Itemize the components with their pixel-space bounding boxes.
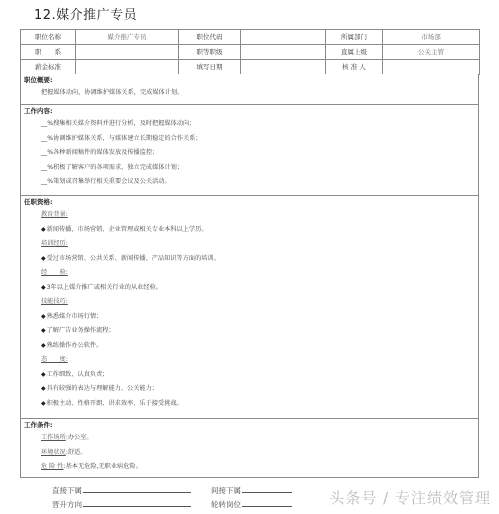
position-code-value bbox=[241, 30, 326, 45]
position-code-label: 职位代码 bbox=[179, 30, 241, 45]
qualifications-title: 任职资格: bbox=[21, 196, 478, 208]
header-row: 职 系 职等职级 直属上级 公关主管 bbox=[21, 45, 480, 60]
header-row: 职位名称 媒介推广专员 职位代码 所属部门 市场部 bbox=[21, 30, 480, 45]
qualification-item: ◆熟悉媒介市场行情； bbox=[21, 310, 478, 325]
direct-subordinate-label: 直接下属 bbox=[52, 486, 82, 495]
approver-value bbox=[383, 60, 480, 75]
qualification-item: ◆受过市场营销、公共关系、新闻传播、产品知识等方面的培训。 bbox=[21, 252, 478, 267]
indirect-subordinate-label: 间接下属 bbox=[211, 486, 241, 495]
job-family-value bbox=[76, 45, 179, 60]
condition-item: 危 险 性:基本无危险,无职业病危险。 bbox=[21, 460, 478, 475]
qualification-item: ◆熟练操作办公软件。 bbox=[21, 339, 478, 354]
qualification-item: ◆积极主动、性格开朗、讲求效率、乐于接受挑战。 bbox=[21, 397, 478, 412]
environment-value: :舒适。 bbox=[66, 449, 87, 456]
salary-standard-value bbox=[76, 60, 179, 75]
diamond-bullet-icon: ◆ bbox=[41, 400, 46, 407]
qualification-item: ◆3年以上媒介推广或相关行业的从业经验。 bbox=[21, 281, 478, 296]
direct-subordinate-line[interactable] bbox=[83, 484, 191, 493]
document-title: 12.媒介推广专员 bbox=[34, 4, 137, 23]
indirect-subordinate-field: 间接下属 bbox=[211, 484, 292, 496]
hazard-value: :基本无危险,无职业病危险。 bbox=[64, 463, 142, 470]
duty-item: __%策划或召集举行相关重要会议及公关活动。 bbox=[21, 175, 478, 190]
promotion-line[interactable] bbox=[83, 498, 191, 507]
watermark: 头条号 / 专注绩效管理 bbox=[329, 487, 491, 508]
position-name-label: 职位名称 bbox=[21, 30, 76, 45]
environment-label: 环境状况 bbox=[41, 449, 66, 456]
diamond-bullet-icon: ◆ bbox=[41, 226, 46, 233]
workplace-label: 工作场所 bbox=[41, 434, 66, 441]
supervisor-label: 直属上级 bbox=[326, 45, 383, 60]
qualification-item: ◆工作细致、认真负责； bbox=[21, 368, 478, 383]
fill-date-value bbox=[241, 60, 326, 75]
approver-label: 核 准 人 bbox=[326, 60, 383, 75]
diamond-bullet-icon: ◆ bbox=[41, 385, 46, 392]
salary-standard-label: 薪金标准 bbox=[21, 60, 76, 75]
diamond-bullet-icon: ◆ bbox=[41, 255, 46, 262]
duties-title: 工作内容: bbox=[21, 105, 478, 117]
qualifications-section: 任职资格: 教育背景: ◆新闻传播、市场营销、企业管理或相关专业本科以上学历。 … bbox=[20, 196, 479, 419]
rotation-field: 轮转岗位 bbox=[211, 498, 292, 510]
skills-heading: 技能技巧: bbox=[41, 298, 68, 305]
qualification-item: ◆新闻传播、市场营销、企业管理或相关专业本科以上学历。 bbox=[21, 223, 478, 238]
rotation-line[interactable] bbox=[242, 498, 292, 507]
position-name-value: 媒介推广专员 bbox=[76, 30, 179, 45]
job-family-label: 职 系 bbox=[21, 45, 76, 60]
duties-section: 工作内容: __%搜集相关媒介资料并进行分析，及时把握媒体动向； __%协调维护… bbox=[20, 105, 479, 196]
experience-heading: 经 验: bbox=[41, 269, 68, 276]
condition-item: 工作场所:办公室。 bbox=[21, 431, 478, 446]
header-row: 薪金标准 填写日期 核 准 人 bbox=[21, 60, 480, 75]
training-heading: 培训经历: bbox=[41, 240, 68, 247]
qualification-item: ◆具有较强的表达与理解能力、公关能力； bbox=[21, 382, 478, 397]
supervisor-value: 公关主管 bbox=[383, 45, 480, 60]
duty-item: __%协调维护媒体关系，与媒体建立长期稳定的合作关系； bbox=[21, 132, 478, 147]
conditions-title: 工作条件: bbox=[21, 419, 478, 431]
rotation-label: 轮转岗位 bbox=[211, 500, 241, 509]
conditions-section: 工作条件: 工作场所:办公室。 环境状况:舒适。 危 险 性:基本无危险,无职业… bbox=[20, 419, 479, 478]
condition-item: 环境状况:舒适。 bbox=[21, 446, 478, 461]
duty-item: __%各种新闻稿件的媒体发放及传播监控； bbox=[21, 146, 478, 161]
department-value: 市场部 bbox=[383, 30, 480, 45]
summary-text: 把握媒体动向，协调维护媒体关系，完成媒体计划。 bbox=[21, 86, 478, 101]
duty-item: __%搜集相关媒介资料并进行分析，及时把握媒体动向； bbox=[21, 117, 478, 132]
fill-date-label: 填写日期 bbox=[179, 60, 241, 75]
attitude-heading: 态 度: bbox=[41, 356, 68, 363]
promotion-label: 晋升方向 bbox=[52, 500, 82, 509]
summary-title: 职位概要: bbox=[21, 74, 478, 86]
diamond-bullet-icon: ◆ bbox=[41, 327, 46, 334]
diamond-bullet-icon: ◆ bbox=[41, 313, 46, 320]
department-label: 所属部门 bbox=[326, 30, 383, 45]
hazard-label: 危 险 性 bbox=[41, 463, 64, 470]
summary-section: 职位概要: 把握媒体动向，协调维护媒体关系，完成媒体计划。 bbox=[20, 74, 479, 105]
qualification-item: ◆了解广告业务操作流程； bbox=[21, 324, 478, 339]
promotion-field: 晋升方向 bbox=[52, 498, 191, 510]
diamond-bullet-icon: ◆ bbox=[41, 342, 46, 349]
workplace-value: :办公室。 bbox=[66, 434, 93, 441]
job-grade-value bbox=[241, 45, 326, 60]
education-heading: 教育背景: bbox=[41, 211, 68, 218]
duty-item: __%积极了解客户的各项需求，独立完成媒体计划； bbox=[21, 161, 478, 176]
diamond-bullet-icon: ◆ bbox=[41, 371, 46, 378]
diamond-bullet-icon: ◆ bbox=[41, 284, 46, 291]
position-header-table: 职位名称 媒介推广专员 职位代码 所属部门 市场部 职 系 职等职级 直属上级 … bbox=[20, 29, 480, 75]
job-grade-label: 职等职级 bbox=[179, 45, 241, 60]
direct-subordinate-field: 直接下属 bbox=[52, 484, 191, 496]
indirect-subordinate-line[interactable] bbox=[242, 484, 292, 493]
